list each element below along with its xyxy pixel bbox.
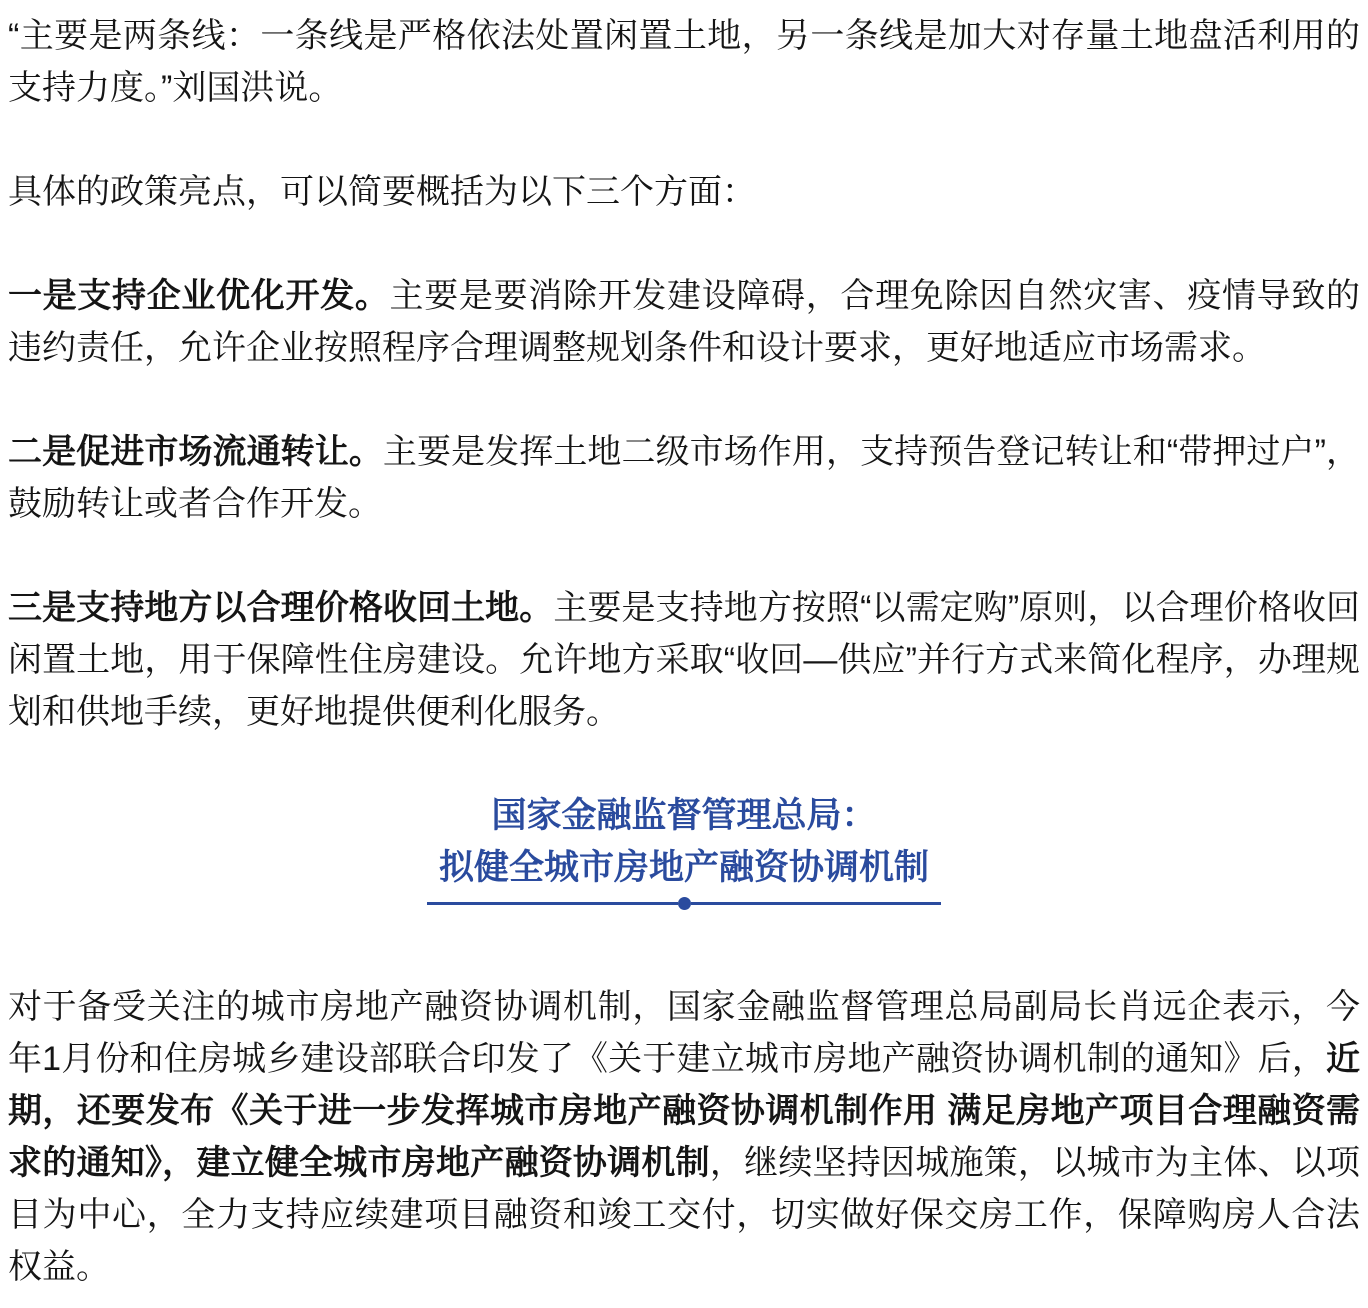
text-run: 具体的政策亮点，可以简要概括为以下三个方面： <box>8 173 756 211</box>
article-paragraph: 对于备受关注的城市房地产融资协调机制，国家金融监督管理总局副局长肖远企表示，今年… <box>8 981 1360 1293</box>
section-heading-line2: 拟健全城市房地产融资协调机制 <box>8 842 1360 894</box>
text-run: “主要是两条线：一条线是严格依法处置闲置土地，另一条线是加大对存量土地盘活利用的… <box>8 17 1360 107</box>
section-heading: 国家金融监督管理总局： 拟健全城市房地产融资协调机制 <box>8 790 1360 910</box>
article-paragraph: 一是支持企业优化开发。主要是要消除开发建设障碍，合理免除因自然灾害、疫情导致的违… <box>8 270 1360 374</box>
divider-dot-icon <box>678 897 691 910</box>
section-heading-line1: 国家金融监督管理总局： <box>8 790 1360 842</box>
divider-line-left <box>427 902 678 905</box>
divider-line-right <box>691 902 942 905</box>
text-run: 对于备受关注的城市房地产融资协调机制，国家金融监督管理总局副局长肖远企表示，今年… <box>8 988 1360 1078</box>
article-paragraph: 具体的政策亮点，可以简要概括为以下三个方面： <box>8 166 1360 218</box>
article-paragraph: “主要是两条线：一条线是严格依法处置闲置土地，另一条线是加大对存量土地盘活利用的… <box>8 10 1360 114</box>
article-paragraphs-top: “主要是两条线：一条线是严格依法处置闲置土地，另一条线是加大对存量土地盘活利用的… <box>8 10 1360 738</box>
text-run-bold: 一是支持企业优化开发。 <box>8 277 390 315</box>
article-paragraphs-bottom: 对于备受关注的城市房地产融资协调机制，国家金融监督管理总局副局长肖远企表示，今年… <box>8 981 1360 1293</box>
text-run-bold: 二是促进市场流通转让。 <box>8 433 383 471</box>
article-paragraph: 二是促进市场流通转让。主要是发挥土地二级市场作用，支持预告登记转让和“带押过户”… <box>8 426 1360 530</box>
text-run-bold: 三是支持地方以合理价格收回土地。 <box>8 589 553 627</box>
heading-divider <box>427 897 941 910</box>
article-body: “主要是两条线：一条线是严格依法处置闲置土地，另一条线是加大对存量土地盘活利用的… <box>0 0 1368 1293</box>
article-paragraph: 三是支持地方以合理价格收回土地。主要是支持地方按照“以需定购”原则，以合理价格收… <box>8 582 1360 738</box>
